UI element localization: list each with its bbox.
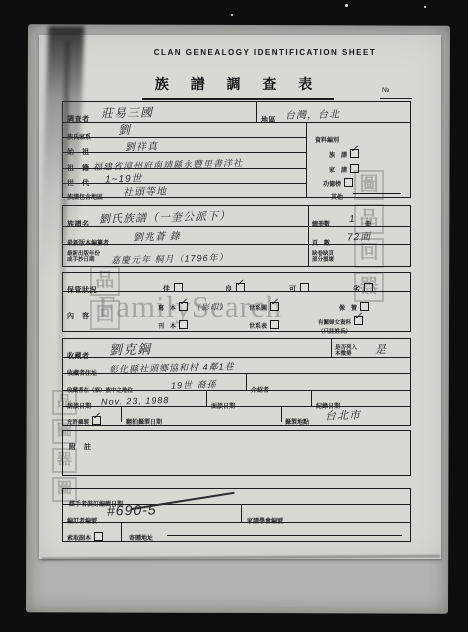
print-checkbox <box>179 320 188 329</box>
fair-checkbox <box>300 283 309 292</box>
form-number-mark: № <box>382 87 390 94</box>
volumes-label: 總冊數 <box>312 222 330 228</box>
form-number-line <box>380 98 412 99</box>
form-title: 族 譜 調 查 表 <box>142 74 334 100</box>
keep-label: 保管狀況 <box>67 287 97 294</box>
surveyor-value: 莊易三國 <box>101 103 153 121</box>
society-no-label: 家譜學會編號 <box>247 519 283 525</box>
ancestor-value: 劉祥真 <box>125 138 158 154</box>
film-speck <box>231 14 233 16</box>
book-table: 族譜名 劉氏族譜（一奎公派下） 總冊數 1 冊 最新版本編纂者 劉兆蒼 錄 頁 … <box>62 205 411 267</box>
permit-checkbox: ✓ <box>92 416 101 425</box>
interview-date-label: 訪談日期 <box>67 404 91 410</box>
gongdebang-checkbox <box>344 178 353 187</box>
send-address-line <box>167 535 402 536</box>
editor-value: 劉兆蒼 錄 <box>133 227 181 243</box>
film-place-value: 台北市 <box>325 407 361 424</box>
pages-label: 頁 數 <box>312 241 330 247</box>
film-speck <box>424 6 426 8</box>
content-manuscript: 寫 本✓ （影印） <box>158 297 228 315</box>
collector-table: 收藏者 劉克鋼 是否列入本微捲 是 收藏者住址 彰化縣社頭鄉協和村 4鄰1巷 收… <box>62 338 411 426</box>
content-chart: 世系圖✓ <box>249 297 279 315</box>
admin-table: 經手者裝訂編輯日期 編訂者編號 #690-5 家譜學會編號 索取副本 寄贈地址 <box>62 488 411 542</box>
pages-value: 72面 <box>347 228 372 244</box>
keep-option-excellent: 佳 <box>163 278 183 296</box>
remarks-label: 附 註 <box>69 444 92 451</box>
address-value: 彰化縣社頭鄉協和村 4鄰1巷 <box>109 359 235 375</box>
chart-checkbox: ✓ <box>270 302 279 311</box>
edition-date-value: 嘉慶元年 桐月（1796年） <box>111 250 229 266</box>
region-label: 地區 <box>261 117 276 124</box>
copy-checkbox <box>94 532 103 541</box>
content-table: 世系表 <box>249 315 279 333</box>
address-label: 收藏者住址 <box>67 371 97 377</box>
women-note: （只註姓氏） <box>318 329 351 335</box>
region-value: 台灣，台北 <box>285 105 340 121</box>
jiapu-checkbox <box>350 164 359 173</box>
good-checkbox: ✓ <box>236 283 245 292</box>
film-place-label: 攝製地點 <box>285 420 309 426</box>
manuscript-checkbox: ✓ <box>179 302 188 311</box>
keep-option-poor: 劣 <box>353 278 373 296</box>
position-value: 19世 裔孫 <box>171 377 217 391</box>
material-other-line <box>353 193 401 194</box>
microfilm-frame: 圖 品 回 器 品 回 品 圖 器 圖 FamilySearch CLAN GE… <box>0 0 468 632</box>
editor-no-label: 編訂者編號 <box>67 519 97 525</box>
editor-no-value: #690-5 <box>107 501 157 518</box>
clan-value: 劉 <box>118 121 131 138</box>
portrait-checkbox <box>360 302 369 311</box>
book-name-value: 劉氏族譜（一奎公派下） <box>99 207 231 226</box>
remarks-box: 附 註 <box>62 430 411 476</box>
film-permit: 允許攝製✓ <box>67 411 101 429</box>
sheet-title-english: CLAN GENEALOGY IDENTIFICATION SHEET <box>95 48 435 57</box>
introducer-label: 介紹者 <box>251 388 269 394</box>
film-speck <box>345 4 348 7</box>
content-print: 刊 本 <box>158 315 188 333</box>
identity-table: 調查者 莊易三國 地區 台灣，台北 族氏家系 劉 始 祖 劉祥真 祖 籍 福建省… <box>62 101 411 198</box>
microfilm-value: 是 <box>375 341 387 357</box>
zupu-checkbox: ✓ <box>350 149 359 158</box>
keep-option-good: 良✓ <box>225 278 245 296</box>
keep-option-fair: 可 <box>289 278 309 296</box>
collector-label: 收藏者 <box>67 353 90 360</box>
material-other-label: 其他 <box>331 195 343 201</box>
interview-date-value: Nov. 23, 1988 <box>101 395 170 407</box>
condition-table: 保管狀況 佳 良✓ 可 劣 內 容 寫 本✓ （影印） 世系圖✓ 像 贊 刊 本… <box>62 272 411 332</box>
manuscript-note: （影印） <box>192 302 228 314</box>
volumes-value: 1 <box>349 214 356 225</box>
poor-checkbox <box>364 283 373 292</box>
meeting-date-label: 面談日期 <box>211 404 235 410</box>
copy-request: 索取副本 <box>67 527 103 545</box>
coverage-value: 社頭等地 <box>123 182 167 198</box>
systable-checkbox <box>270 320 279 329</box>
women-checkbox: ✓ <box>354 316 363 325</box>
microfilm-label: 是否列入本微捲 <box>335 345 357 357</box>
collector-value: 劉克鋼 <box>109 338 151 358</box>
excellent-checkbox <box>174 283 183 292</box>
damage-note-label: 缺卷缺頁部分損壞 <box>312 251 334 263</box>
film-date-label: 翻拍攝製日期 <box>126 420 162 426</box>
send-address-label: 寄贈地址 <box>129 536 153 542</box>
content-label: 內 容 <box>67 313 90 320</box>
